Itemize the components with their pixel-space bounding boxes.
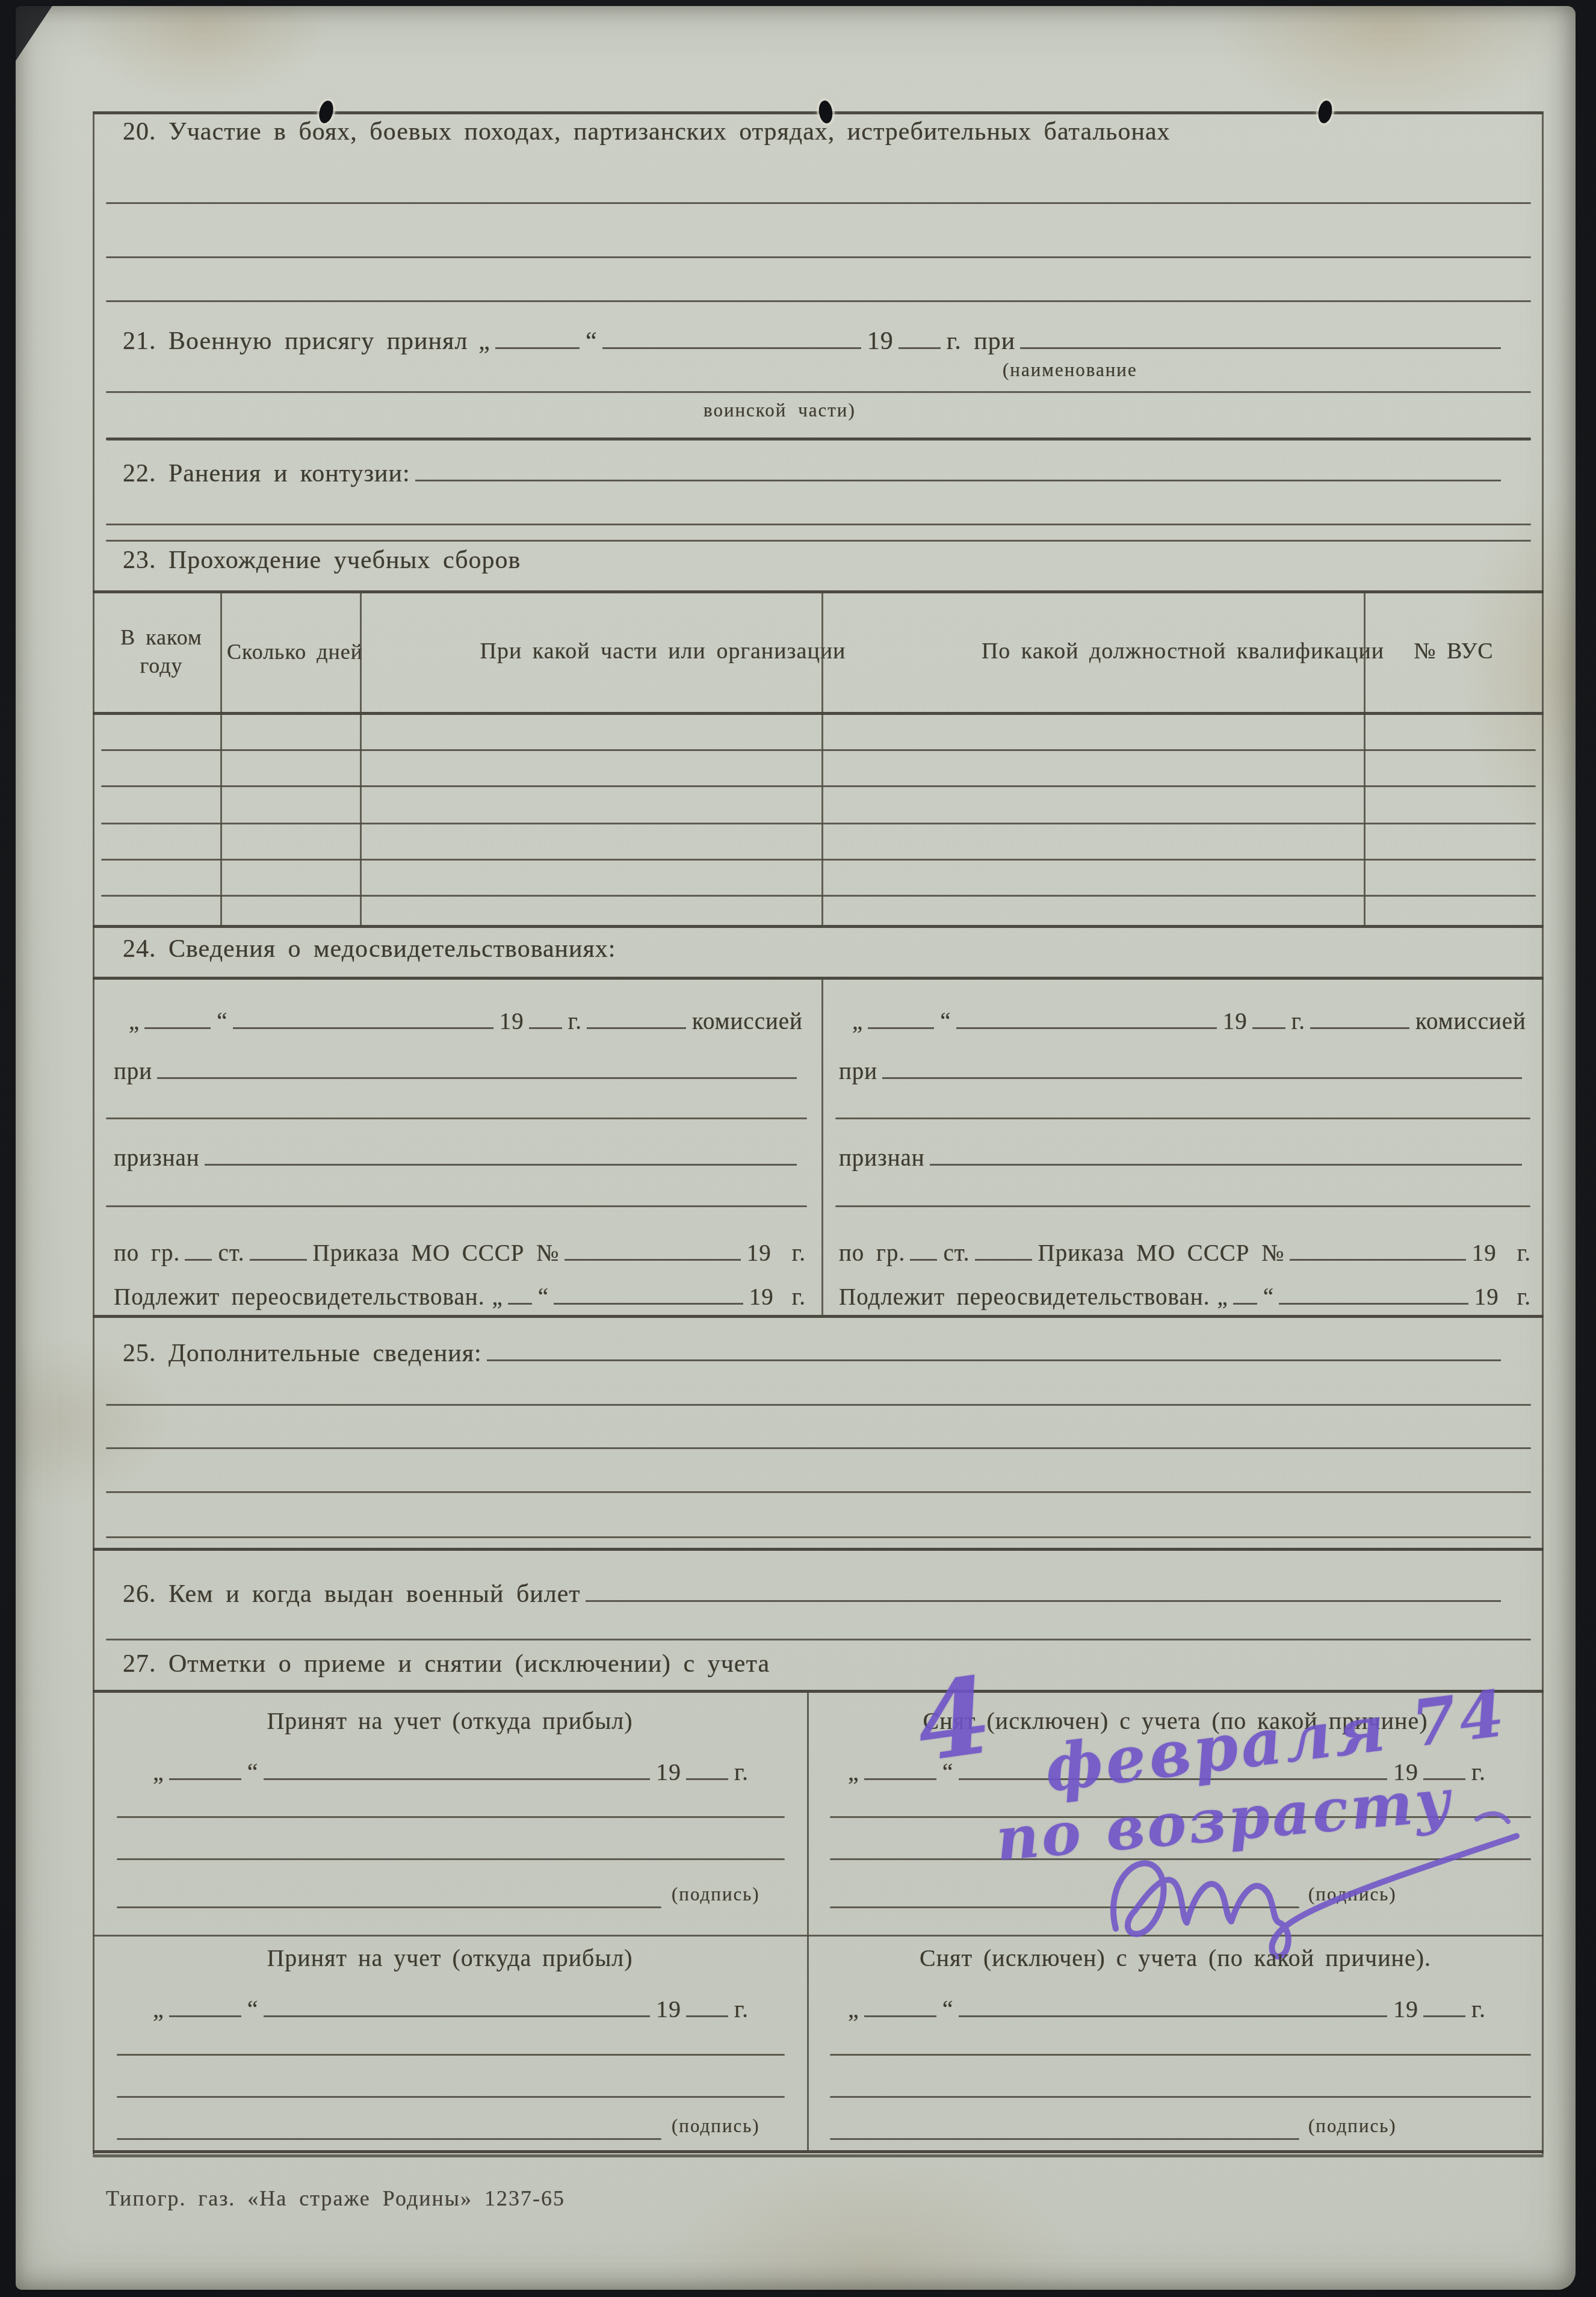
med-right-date-line: „“19г.комиссией bbox=[852, 1008, 1526, 1035]
year-g: г. bbox=[1471, 1995, 1486, 2023]
prikaz-label: Приказа МО СССР № bbox=[313, 1240, 560, 1267]
blank-underline bbox=[882, 1059, 1522, 1079]
section-26-line: 26. Кем и когда выдан военный билет bbox=[123, 1580, 1507, 1609]
ruled-line bbox=[106, 1491, 1531, 1493]
table-header-separator bbox=[93, 712, 1544, 715]
blank-underline bbox=[1310, 1009, 1409, 1029]
military-card-form: 20. Участие в боях, боевых походах, парт… bbox=[93, 111, 1544, 2154]
ruled-line bbox=[117, 1858, 785, 1860]
removed-header-2: Снят (исключен) с учета (по какой причин… bbox=[807, 1942, 1544, 1974]
med-left-pri-line: при bbox=[114, 1058, 803, 1085]
printer-imprint: Типогр. газ. «На страже Родины» 1237-65 bbox=[106, 2186, 565, 2211]
blank-underline bbox=[602, 329, 861, 349]
table-row-line bbox=[101, 785, 1536, 787]
registration-grid-top-rule bbox=[93, 1690, 1544, 1693]
table-row-line bbox=[101, 823, 1536, 824]
table-row-line bbox=[101, 749, 1536, 751]
frame-left-rule bbox=[93, 111, 94, 2154]
med-right-priznan-line: признан bbox=[839, 1145, 1528, 1172]
blank-underline bbox=[956, 1009, 1217, 1029]
med-right-pri-line: при bbox=[839, 1058, 1528, 1085]
quote-close: “ bbox=[940, 1008, 951, 1035]
caption-unit-name-bottom: воинской части) bbox=[704, 400, 856, 421]
registration-grid-divider bbox=[807, 1690, 809, 2153]
blank-underline bbox=[864, 1997, 936, 2017]
blank-underline bbox=[487, 1341, 1501, 1361]
blank-underline bbox=[185, 1241, 212, 1261]
caption-unit-name-top: (наименование bbox=[1003, 359, 1137, 381]
blank-underline bbox=[910, 1241, 937, 1261]
blank-underline bbox=[1020, 329, 1501, 349]
blank-underline bbox=[975, 1241, 1032, 1261]
blank-underline bbox=[586, 1582, 1501, 1602]
quote-open: „ bbox=[478, 327, 490, 356]
blank-underline bbox=[157, 1059, 797, 1079]
quote-open: „ bbox=[848, 1995, 859, 2023]
year-19: 19 bbox=[1223, 1008, 1248, 1035]
year-g: г. bbox=[792, 1240, 806, 1267]
table-column-rule bbox=[1364, 592, 1366, 925]
ruled-line bbox=[106, 256, 1531, 258]
table-header-vus: № ВУС bbox=[1364, 592, 1544, 712]
blank-underline bbox=[144, 1009, 211, 1029]
po-gr-label: по гр. bbox=[114, 1240, 180, 1267]
ruled-line bbox=[106, 202, 1531, 204]
st-label: ст. bbox=[943, 1240, 970, 1267]
section-23-title: 23. Прохождение учебных сборов bbox=[123, 546, 521, 575]
punched-hole bbox=[1317, 99, 1334, 124]
table-header-year: В каком году bbox=[93, 592, 230, 712]
section-25-label: 25. Дополнительные сведения: bbox=[123, 1339, 482, 1368]
photo-backdrop: 20. Участие в боях, боевых походах, парт… bbox=[0, 0, 1596, 2297]
ruled-line bbox=[106, 1404, 1531, 1406]
ruled-line bbox=[93, 1548, 1544, 1551]
blank-underline bbox=[264, 1760, 651, 1780]
blank-underline bbox=[508, 1285, 532, 1305]
ruled-line bbox=[106, 524, 1531, 525]
blank-underline bbox=[899, 329, 941, 349]
table-bottom-rule bbox=[93, 925, 1544, 928]
accepted-header-2: Принят на учет (откуда прибыл) bbox=[93, 1942, 807, 1974]
ruled-line bbox=[106, 391, 1531, 393]
year-g: г. bbox=[734, 1995, 749, 2023]
quote-open: „ bbox=[852, 1008, 863, 1035]
blank-underline bbox=[1233, 1285, 1257, 1305]
section-21-label: 21. Военную присягу принял bbox=[123, 327, 468, 356]
blank-underline bbox=[205, 1146, 797, 1166]
med-right-order-line: по гр.ст.Приказа МО СССР №19г. bbox=[839, 1240, 1531, 1267]
year-g: г. bbox=[568, 1008, 582, 1035]
commission-label: комиссией bbox=[1415, 1008, 1526, 1035]
year-19: 19 bbox=[749, 1284, 774, 1311]
signature-line bbox=[830, 2138, 1299, 2140]
med-left-order-line: по гр.ст.Приказа МО СССР №19г. bbox=[114, 1240, 806, 1267]
quote-open: „ bbox=[848, 1758, 859, 1786]
quote-open: „ bbox=[153, 1758, 164, 1786]
ruled-line bbox=[106, 1447, 1531, 1449]
blank-underline bbox=[233, 1009, 493, 1029]
po-gr-label: по гр. bbox=[839, 1240, 905, 1267]
section-27-title: 27. Отметки о приеме и снятии (исключени… bbox=[123, 1649, 770, 1678]
section-26-label: 26. Кем и когда выдан военный билет bbox=[123, 1580, 581, 1609]
blank-underline bbox=[1423, 1997, 1465, 2017]
removed-date-line-2: „“19г. bbox=[848, 1995, 1486, 2023]
ruled-line bbox=[835, 1205, 1530, 1207]
year-19: 19 bbox=[1393, 1995, 1418, 2023]
blank-underline bbox=[529, 1009, 562, 1029]
ruled-line bbox=[106, 1639, 1531, 1640]
ruled-line bbox=[106, 540, 1531, 542]
year-19: 19 bbox=[1474, 1284, 1499, 1311]
year-g: г. bbox=[1291, 1008, 1305, 1035]
resurvey-label: Подлежит переосвидетельствован. bbox=[114, 1284, 484, 1311]
ruled-line bbox=[106, 1536, 1531, 1538]
prikaz-label: Приказа МО СССР № bbox=[1038, 1240, 1285, 1267]
quote-close: “ bbox=[217, 1008, 227, 1035]
ruled-line bbox=[117, 1816, 785, 1818]
table-header-days: Сколько дней bbox=[220, 592, 370, 712]
section-24-title: 24. Сведения о медосвидетельствованиях: bbox=[123, 935, 616, 963]
blank-underline bbox=[587, 1009, 686, 1029]
accepted-date-line: „“19г. bbox=[153, 1758, 749, 1786]
pri-label: при bbox=[114, 1058, 152, 1085]
resurvey-label: Подлежит переосвидетельствован. bbox=[839, 1284, 1210, 1311]
blank-underline bbox=[250, 1241, 307, 1261]
med-top-rule bbox=[93, 977, 1544, 980]
ruled-line bbox=[830, 2096, 1531, 2098]
quote-open: „ bbox=[153, 1995, 164, 2023]
document-page: 20. Участие в боях, боевых походах, парт… bbox=[16, 6, 1576, 2290]
blank-underline bbox=[686, 1997, 728, 2017]
quote-close: “ bbox=[538, 1284, 549, 1311]
ruled-line bbox=[106, 1118, 807, 1119]
ruled-line bbox=[835, 1118, 1530, 1119]
ruled-line bbox=[830, 2054, 1531, 2056]
blank-underline bbox=[169, 1997, 241, 2017]
accepted-header: Принят на учет (откуда прибыл) bbox=[93, 1705, 807, 1737]
signature-line bbox=[117, 1906, 661, 1908]
year-g: г. bbox=[1517, 1240, 1531, 1267]
quote-close: “ bbox=[1263, 1284, 1274, 1311]
year-19: 19 bbox=[656, 1995, 681, 2023]
priznan-label: признан bbox=[114, 1145, 200, 1172]
year-g: г. bbox=[1517, 1284, 1531, 1311]
priznan-label: признан bbox=[839, 1145, 925, 1172]
signature-caption: (подпись) bbox=[672, 1884, 760, 1905]
commission-label: комиссией bbox=[692, 1008, 803, 1035]
blank-underline bbox=[169, 1760, 241, 1780]
med-column-divider bbox=[821, 977, 823, 1315]
year-suffix: г. при bbox=[947, 327, 1015, 356]
section-22-line: 22. Ранения и контузии: bbox=[123, 459, 1507, 488]
section-21-line: 21. Военную присягу принял „“19г. при bbox=[123, 327, 1507, 356]
med-bottom-rule bbox=[93, 1315, 1544, 1318]
st-label: ст. bbox=[218, 1240, 244, 1267]
quote-close: “ bbox=[247, 1758, 259, 1786]
table-row-line bbox=[101, 895, 1536, 897]
blank-underline bbox=[264, 1997, 651, 2017]
quote-open: „ bbox=[1217, 1284, 1228, 1311]
signature-caption: (подпись) bbox=[672, 2115, 760, 2137]
torn-corner bbox=[14, 5, 53, 63]
quote-close: “ bbox=[247, 1995, 259, 2023]
signature-line bbox=[117, 2138, 661, 2140]
quote-open: „ bbox=[492, 1284, 503, 1311]
year-19: 19 bbox=[656, 1758, 681, 1786]
year-19: 19 bbox=[747, 1240, 772, 1267]
pri-label: при bbox=[839, 1058, 877, 1085]
blank-underline bbox=[1252, 1009, 1285, 1029]
quote-close: “ bbox=[586, 327, 598, 356]
blank-underline bbox=[1290, 1241, 1466, 1261]
med-left-date-line: „“19г.комиссией bbox=[129, 1008, 803, 1035]
med-left-resurvey-line: Подлежит переосвидетельствован.„“19г. bbox=[114, 1284, 806, 1311]
med-right-resurvey-line: Подлежит переосвидетельствован.„“19г. bbox=[839, 1284, 1531, 1311]
blank-underline bbox=[564, 1241, 741, 1261]
blank-underline bbox=[868, 1009, 934, 1029]
quote-open: „ bbox=[129, 1008, 140, 1035]
section-25-line: 25. Дополнительные сведения: bbox=[123, 1339, 1507, 1368]
year-g: г. bbox=[734, 1758, 749, 1786]
signature-caption: (подпись) bbox=[1308, 2115, 1397, 2137]
table-row-line bbox=[101, 859, 1536, 861]
blank-underline bbox=[1279, 1285, 1468, 1305]
year-19: 19 bbox=[1472, 1240, 1497, 1267]
table-column-rule bbox=[360, 592, 362, 925]
ruled-line bbox=[106, 300, 1531, 302]
year-19: 19 bbox=[500, 1008, 524, 1035]
ruled-line bbox=[117, 2096, 785, 2098]
section-22-label: 22. Ранения и контузии: bbox=[123, 459, 410, 488]
blank-underline bbox=[959, 1997, 1388, 2017]
frame-bottom-rule bbox=[93, 2150, 1544, 2153]
ruled-line bbox=[117, 2054, 785, 2056]
blank-underline bbox=[554, 1285, 743, 1305]
med-left-priznan-line: признан bbox=[114, 1145, 803, 1172]
ruled-line bbox=[106, 1205, 807, 1207]
section-20-title: 20. Участие в боях, боевых походах, парт… bbox=[123, 117, 1171, 146]
accepted-date-line-2: „“19г. bbox=[153, 1995, 749, 2023]
year-g: г. bbox=[1471, 1758, 1486, 1786]
blank-underline bbox=[415, 462, 1501, 481]
year-19: 19 bbox=[867, 327, 894, 356]
year-g: г. bbox=[792, 1284, 806, 1311]
blank-underline bbox=[495, 329, 580, 349]
blank-underline bbox=[686, 1760, 728, 1780]
blank-underline bbox=[930, 1146, 1522, 1166]
table-column-rule bbox=[220, 592, 222, 925]
quote-close: “ bbox=[942, 1995, 954, 2023]
table-column-rule bbox=[821, 592, 823, 925]
ruled-line bbox=[106, 437, 1531, 441]
